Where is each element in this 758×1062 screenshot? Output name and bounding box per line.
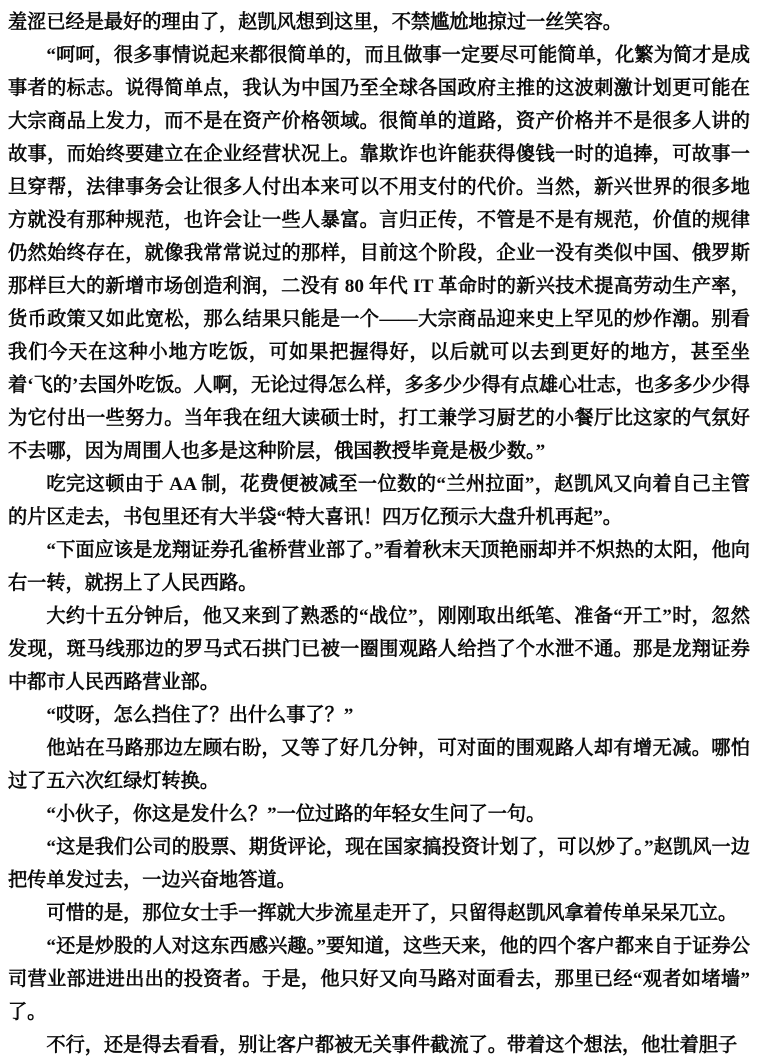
paragraph: “小伙子，你这是发什么？”一位过路的年轻女生问了一句。 (8, 798, 750, 831)
paragraph: “这是我们公司的股票、期货评论，现在国家搞投资计划了，可以炒了。”赵凯风一边把传… (8, 831, 750, 897)
paragraph: 大约十五分钟后，他又来到了熟悉的“战位”，刚刚取出纸笔、准备“开工”时，忽然发现… (8, 600, 750, 699)
paragraph: 羞涩已经是最好的理由了，赵凯风想到这里，不禁尴尬地掠过一丝笑容。 (8, 6, 750, 39)
page-text: 羞涩已经是最好的理由了，赵凯风想到这里，不禁尴尬地掠过一丝笑容。“呵呵，很多事情… (8, 6, 750, 1062)
paragraph: 吃完这顿由于 AA 制，花费便被减至一位数的“兰州拉面”，赵凯风又向着自己主管的… (8, 468, 750, 534)
paragraph: 可惜的是，那位女士手一挥就大步流星走开了，只留得赵凯风拿着传单呆呆兀立。 (8, 897, 750, 930)
paragraph: 他站在马路那边左顾右盼，又等了好几分钟，可对面的围观路人却有增无减。哪怕过了五六… (8, 732, 750, 798)
paragraph: 不行，还是得去看看，别让客户都被无关事件截流了。带着这个想法，他壮着胆子 (8, 1029, 750, 1062)
paragraph: “呵呵，很多事情说起来都很简单的，而且做事一定要尽可能简单，化繁为简才是成事者的… (8, 39, 750, 468)
paragraph: “哎呀，怎么挡住了？出什么事了？” (8, 699, 750, 732)
paragraph: “下面应该是龙翔证券孔雀桥营业部了。”看着秋末天顶艳丽却并不炽热的太阳，他向右一… (8, 534, 750, 600)
book-page: 羞涩已经是最好的理由了，赵凯风想到这里，不禁尴尬地掠过一丝笑容。“呵呵，很多事情… (0, 0, 758, 1062)
paragraph: “还是炒股的人对这东西感兴趣。”要知道，这些天来，他的四个客户都来自于证券公司营… (8, 930, 750, 1029)
